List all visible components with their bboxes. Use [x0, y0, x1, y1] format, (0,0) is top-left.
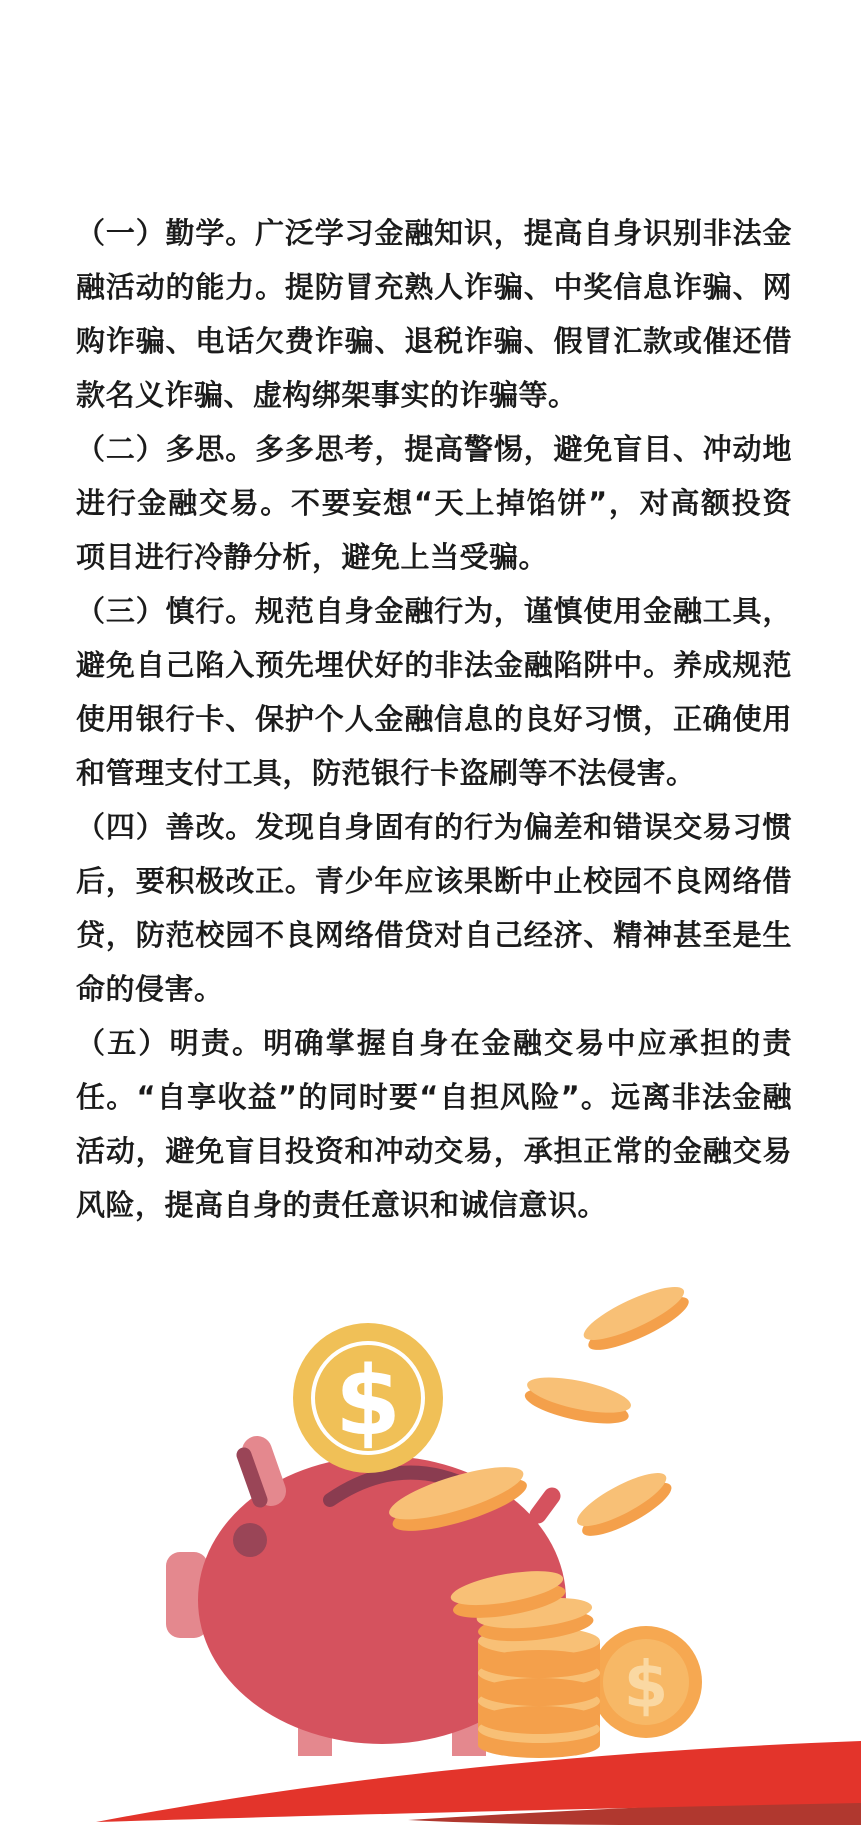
falling-coin-middle-icon	[522, 1370, 634, 1430]
coin-stack-icon	[478, 1627, 600, 1758]
paragraph-4-shangai: （四）善改。发现自身固有的行为偏差和错误交易习惯后，要积极改正。青少年应该果断中…	[76, 800, 792, 1016]
poster-page: $ $	[0, 0, 861, 1825]
dollar-symbol-small: $	[624, 1649, 669, 1723]
pig-eye	[233, 1523, 267, 1557]
dollar-symbol-large: $	[335, 1347, 401, 1457]
dollar-coin-large-icon: $	[293, 1323, 443, 1473]
dollar-coin-small-icon: $	[590, 1626, 702, 1738]
paragraph-5-mingze: （五）明责。明确掌握自身在金融交易中应承担的责任。“自享收益”的同时要“自担风险…	[76, 1016, 792, 1232]
paragraph-1-qinxue: （一）勤学。广泛学习金融知识，提高自身识别非法金融活动的能力。提防冒充熟人诈骗、…	[76, 206, 792, 422]
paragraph-2-duosi: （二）多思。多多思考，提高警惕，避免盲目、冲动地进行金融交易。不要妄想“天上掉馅…	[76, 422, 792, 584]
text-block: （一）勤学。广泛学习金融知识，提高自身识别非法金融活动的能力。提防冒充熟人诈骗、…	[76, 206, 792, 1232]
falling-coin-right-icon	[571, 1464, 678, 1545]
paragraph-3-shenxing: （三）慎行。规范自身金融行为，谨慎使用金融工具，避免自己陷入预先埋伏好的非法金融…	[76, 584, 792, 800]
pig-tail	[538, 1496, 552, 1515]
falling-coin-top-icon	[578, 1278, 694, 1360]
